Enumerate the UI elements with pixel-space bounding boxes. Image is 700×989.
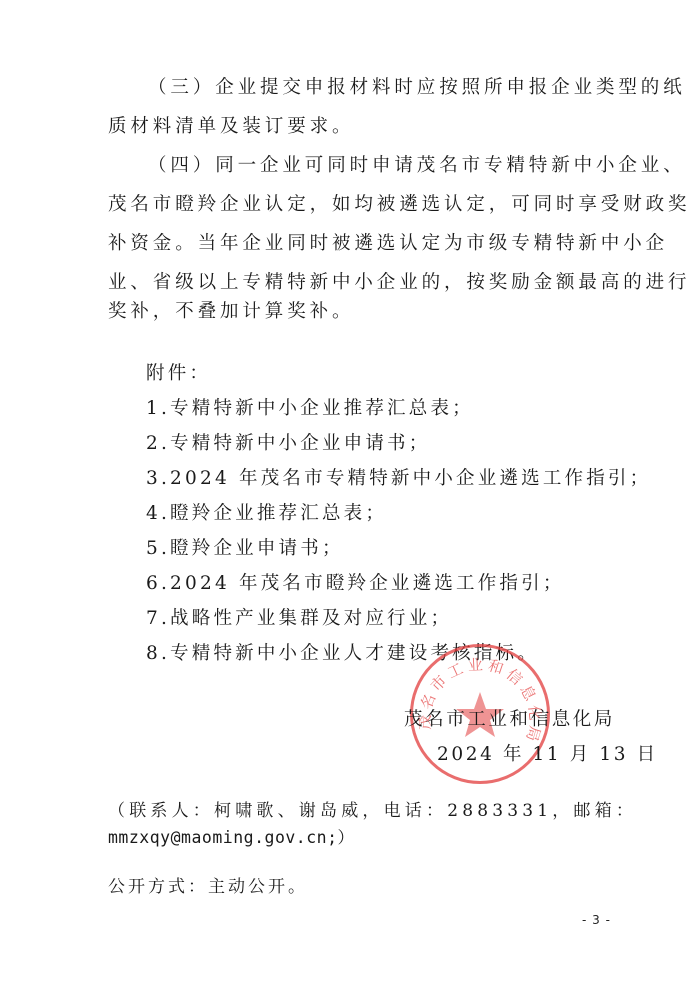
- attachment-item-6: 6.2024 年茂名市瞪羚企业遴选工作指引；: [146, 573, 636, 595]
- attachment-item-1: 1.专精特新中小企业推荐汇总表；: [146, 398, 636, 420]
- attachment-item-3: 3.2024 年茂名市专精特新中小企业遴选工作指引；: [146, 468, 636, 490]
- paragraph-3-line-1: （三）企业提交申报材料时应按照所申报企业类型的纸: [148, 77, 638, 99]
- attachments-heading: 附件：: [146, 363, 636, 385]
- issue-date: 2024 年 11 月 13 日: [437, 744, 658, 766]
- document-page: （三）企业提交申报材料时应按照所申报企业类型的纸 质材料清单及装订要求。 （四）…: [0, 0, 700, 989]
- paragraph-4-line-1: （四）同一企业可同时申请茂名市专精特新中小企业、: [148, 155, 638, 177]
- svg-text:茂名市工业和信息化局: 茂名市工业和信息化局: [416, 656, 545, 748]
- attachment-item-4: 4.瞪羚企业推荐汇总表；: [146, 503, 636, 525]
- paragraph-4-line-4: 业、省级以上专精特新中小企业的，按奖励金额最高的进行: [108, 272, 598, 294]
- paragraph-4-line-3: 补资金。当年企业同时被遴选认定为市级专精特新中小企: [108, 233, 598, 255]
- attachment-item-7: 7.战略性产业集群及对应行业；: [146, 608, 636, 630]
- page-number: - 3 -: [582, 913, 611, 927]
- paragraph-3-line-2: 质材料清单及装订要求。: [108, 116, 598, 138]
- attachment-item-8: 8.专精特新中小企业人才建设考核指标。: [146, 643, 636, 665]
- attachment-item-2: 2.专精特新中小企业申请书；: [146, 433, 636, 455]
- contact-line-1: （联系人：柯啸歌、谢岛威，电话：2883331，邮箱：: [108, 800, 637, 822]
- issuer-name: 茂名市工业和信息化局: [404, 709, 615, 731]
- disclosure-method: 公开方式：主动公开。: [108, 876, 308, 898]
- paragraph-4-line-2: 茂名市瞪羚企业认定，如均被遴选认定，可同时享受财政奖: [108, 194, 598, 216]
- paragraph-4-line-5: 奖补，不叠加计算奖补。: [108, 301, 598, 323]
- attachment-item-5: 5.瞪羚企业申请书；: [146, 538, 636, 560]
- contact-email-line: mmzxqy@maoming.gov.cn;）: [108, 827, 355, 849]
